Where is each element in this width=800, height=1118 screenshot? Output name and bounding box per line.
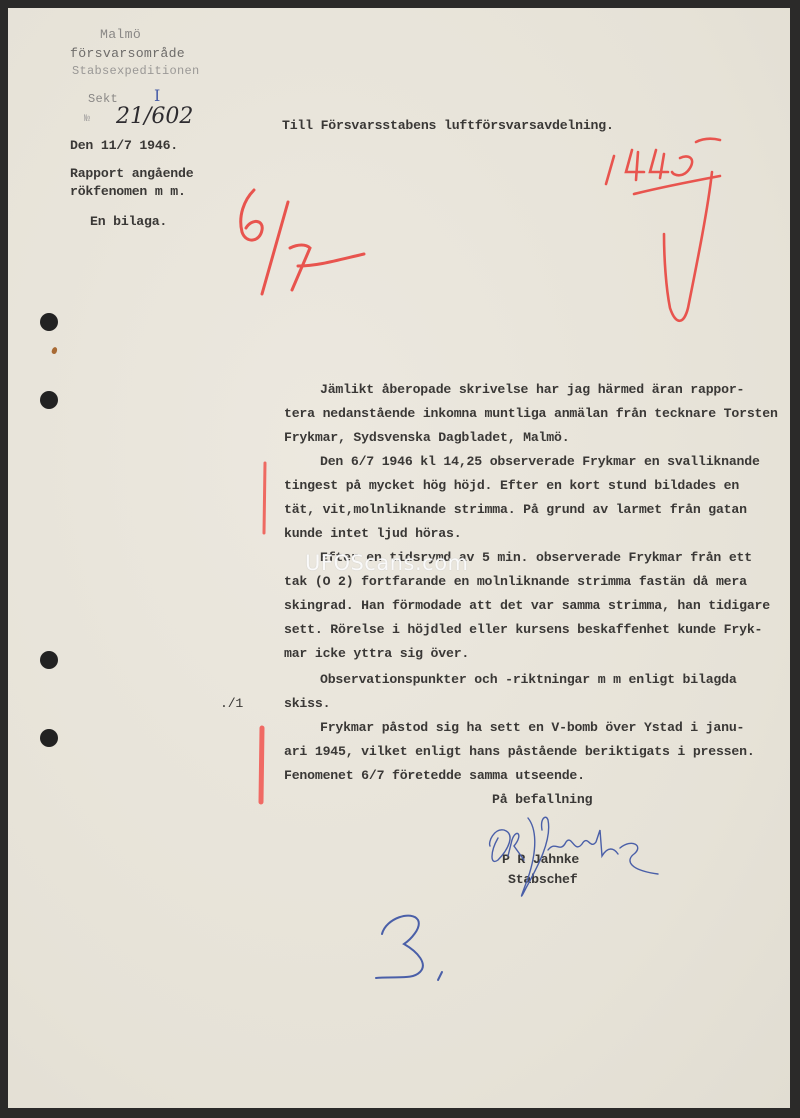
red-date-annotation-icon [241, 190, 364, 294]
document-page: Malmö försvarsområde Stabsexpeditionen S… [8, 8, 790, 1108]
red-margin-mark-icon [261, 728, 262, 802]
red-number-annotation-icon [606, 139, 720, 321]
red-margin-mark-icon [264, 463, 265, 533]
page-number-annotation-icon [376, 916, 442, 980]
signature-scribble-icon [490, 817, 658, 896]
handwriting-layer [8, 8, 790, 1108]
